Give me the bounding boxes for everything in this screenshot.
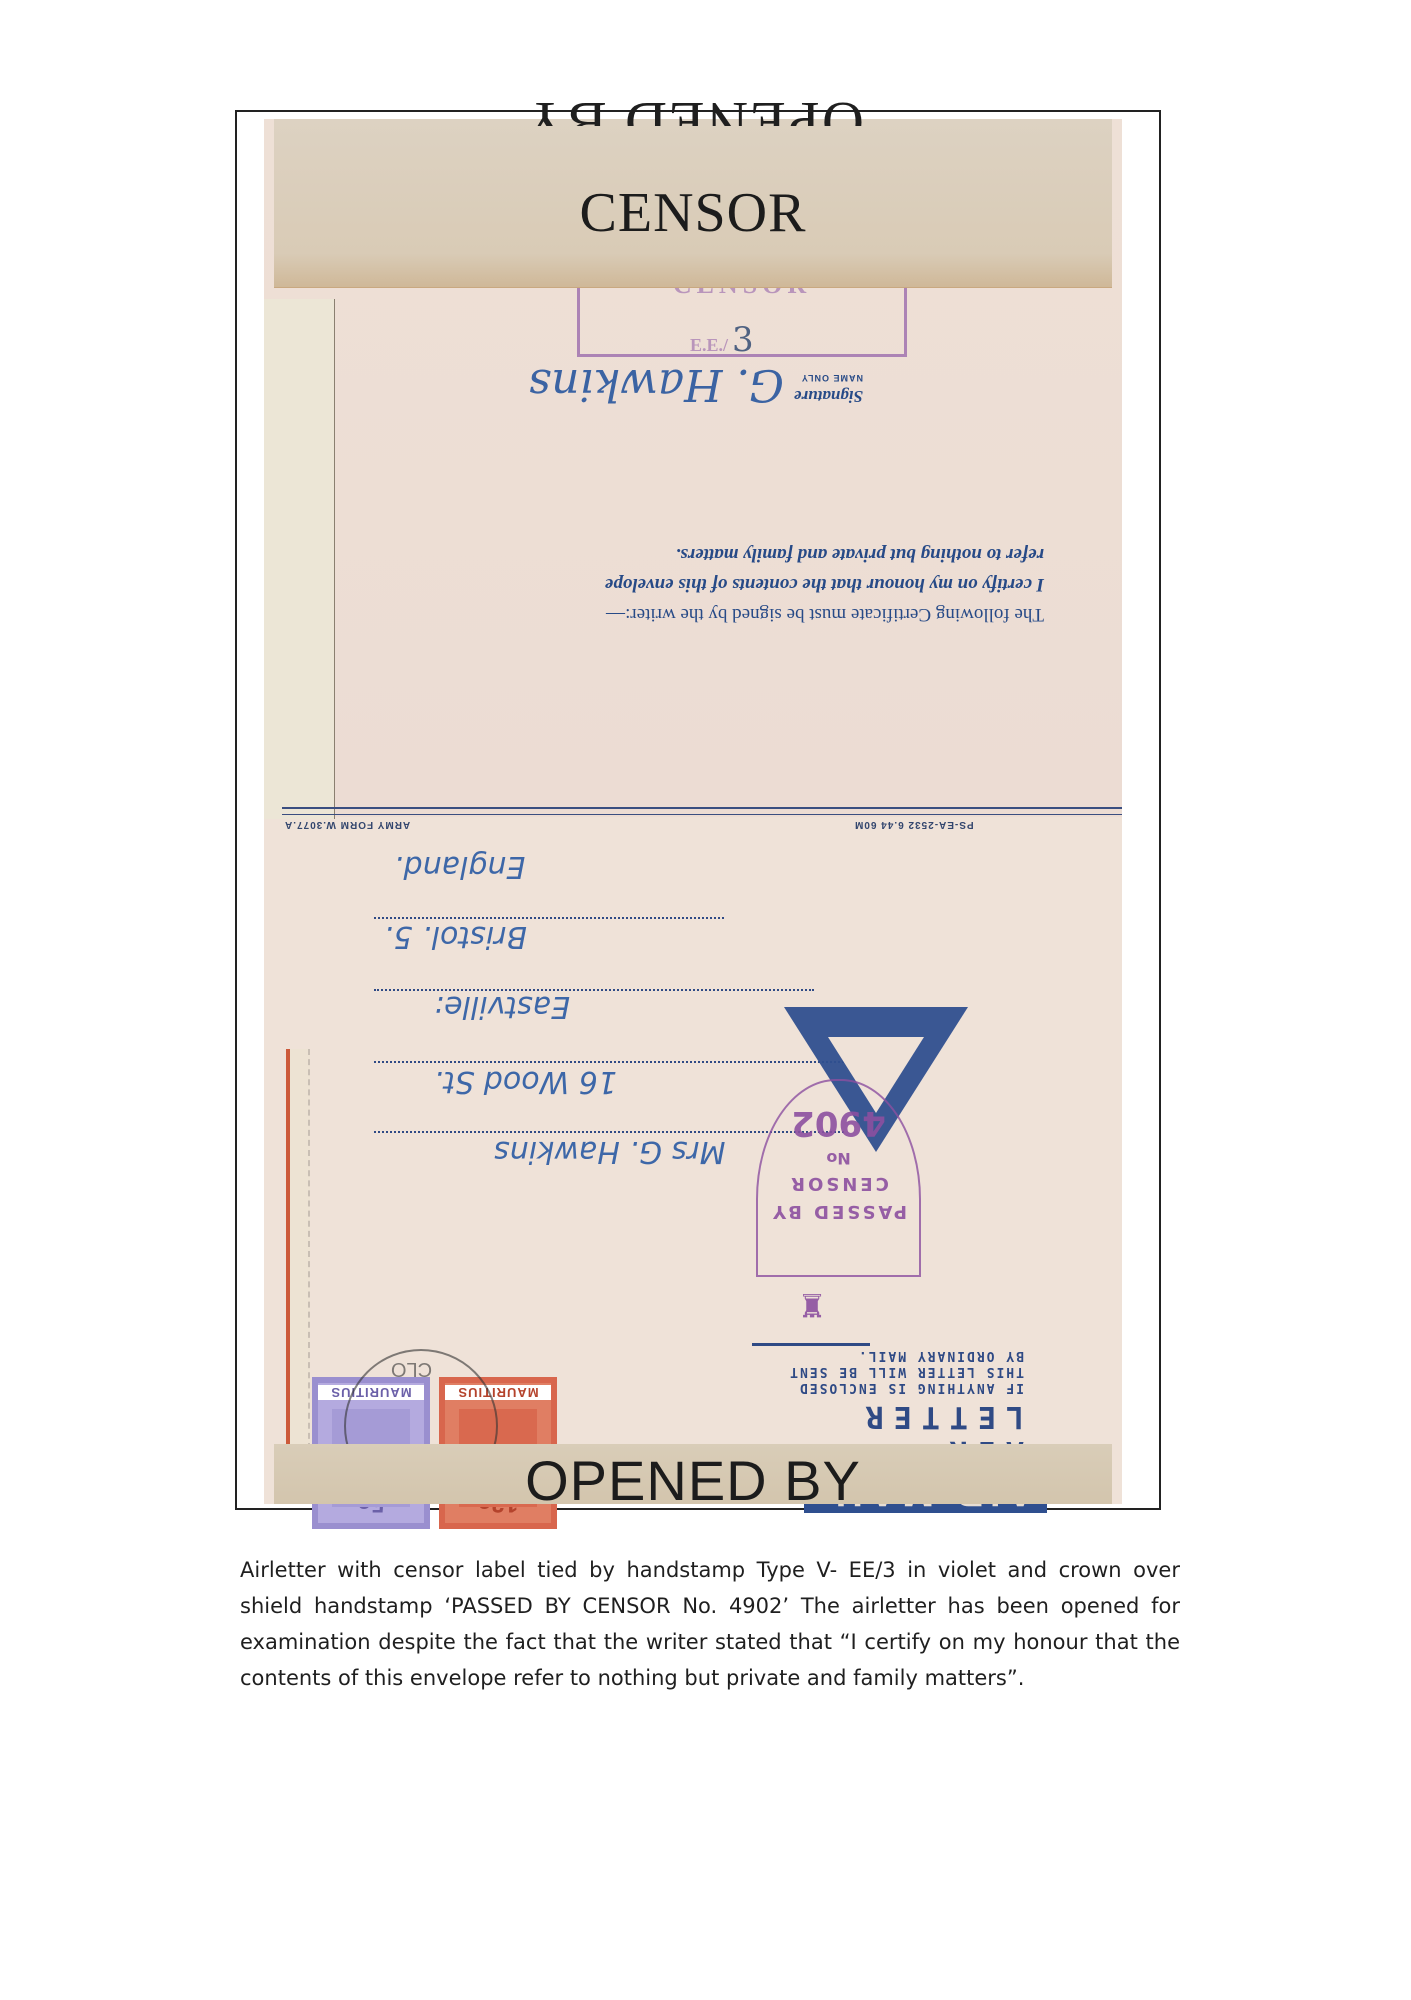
signature-label-text: Signature [794,387,863,405]
notice-line-3: BY ORDINARY MAIL. [764,1347,1024,1363]
certificate-line-2: refer to nothing but private and family … [304,539,1044,569]
censor-label-text: CENSOR [274,181,1112,245]
censor-number: 4902 [758,1103,919,1143]
address-line-3: Eastville: [434,989,570,1024]
exhibit-caption: Airletter with censor label tied by hand… [240,1552,1180,1696]
censor-passed-by: PASSED BY [758,1201,919,1222]
enclosure-notice: IF ANYTHING IS ENCLOSED THIS LETTER WILL… [764,1347,1024,1395]
handstamp-number-handwritten: 3 [732,320,754,360]
handstamp-number-prefix: E.E./ [690,335,728,355]
notice-line-1: IF ANYTHING IS ENCLOSED [764,1379,1024,1395]
address-line-1: Mrs G. Hawkins [494,1134,726,1169]
censor-label-top-cut-text: OPENED BY [274,89,1112,156]
censor-label-bottom: OPENED BY [274,1444,1112,1504]
crown-shield-icon: ♜ [782,1281,842,1329]
censor-word: CENSOR [758,1173,919,1194]
signature-sublabel: NAME ONLY [794,369,863,387]
stamp-margin-selvedge [286,1049,310,1449]
postmark-text: CLO [391,1357,432,1380]
certificate-text: The following Certificate must be signed… [304,539,1044,629]
exhibit-frame: PASSED BY BASE CENSOR E.E./3 OPENED BY C… [235,110,1161,1510]
censor-label-top: OPENED BY CENSOR [274,119,1112,287]
address-line-2: 16 Wood St. [434,1064,617,1099]
certificate-heading: The following Certificate must be signed… [304,599,1044,629]
censor-label-bottom-text: OPENED BY [274,1448,1112,1504]
airletter-image: PASSED BY BASE CENSOR E.E./3 OPENED BY C… [264,119,1122,1504]
address-line-5: England. [394,849,525,884]
address-rule [374,1061,844,1063]
signature-label: Signature NAME ONLY [794,369,863,405]
print-code: PS-EA-2532 6.44 60M [854,819,974,830]
censor-no-label: No [758,1149,919,1168]
handwritten-signature: G. Hawkins [384,359,784,410]
army-form-code: ARMY FORM W.3077.A [284,819,410,830]
certificate-line-1: I certify on my honour that the contents… [304,569,1044,599]
fold-line [282,807,1122,815]
handstamp-number: E.E./3 [690,320,754,360]
notice-line-2: THIS LETTER WILL BE SENT [764,1363,1024,1379]
passed-by-censor-handstamp: 4902 No CENSOR PASSED BY [756,1079,921,1277]
address-line-4: Bristol. 5. [384,919,527,954]
divider-bar [752,1343,870,1346]
